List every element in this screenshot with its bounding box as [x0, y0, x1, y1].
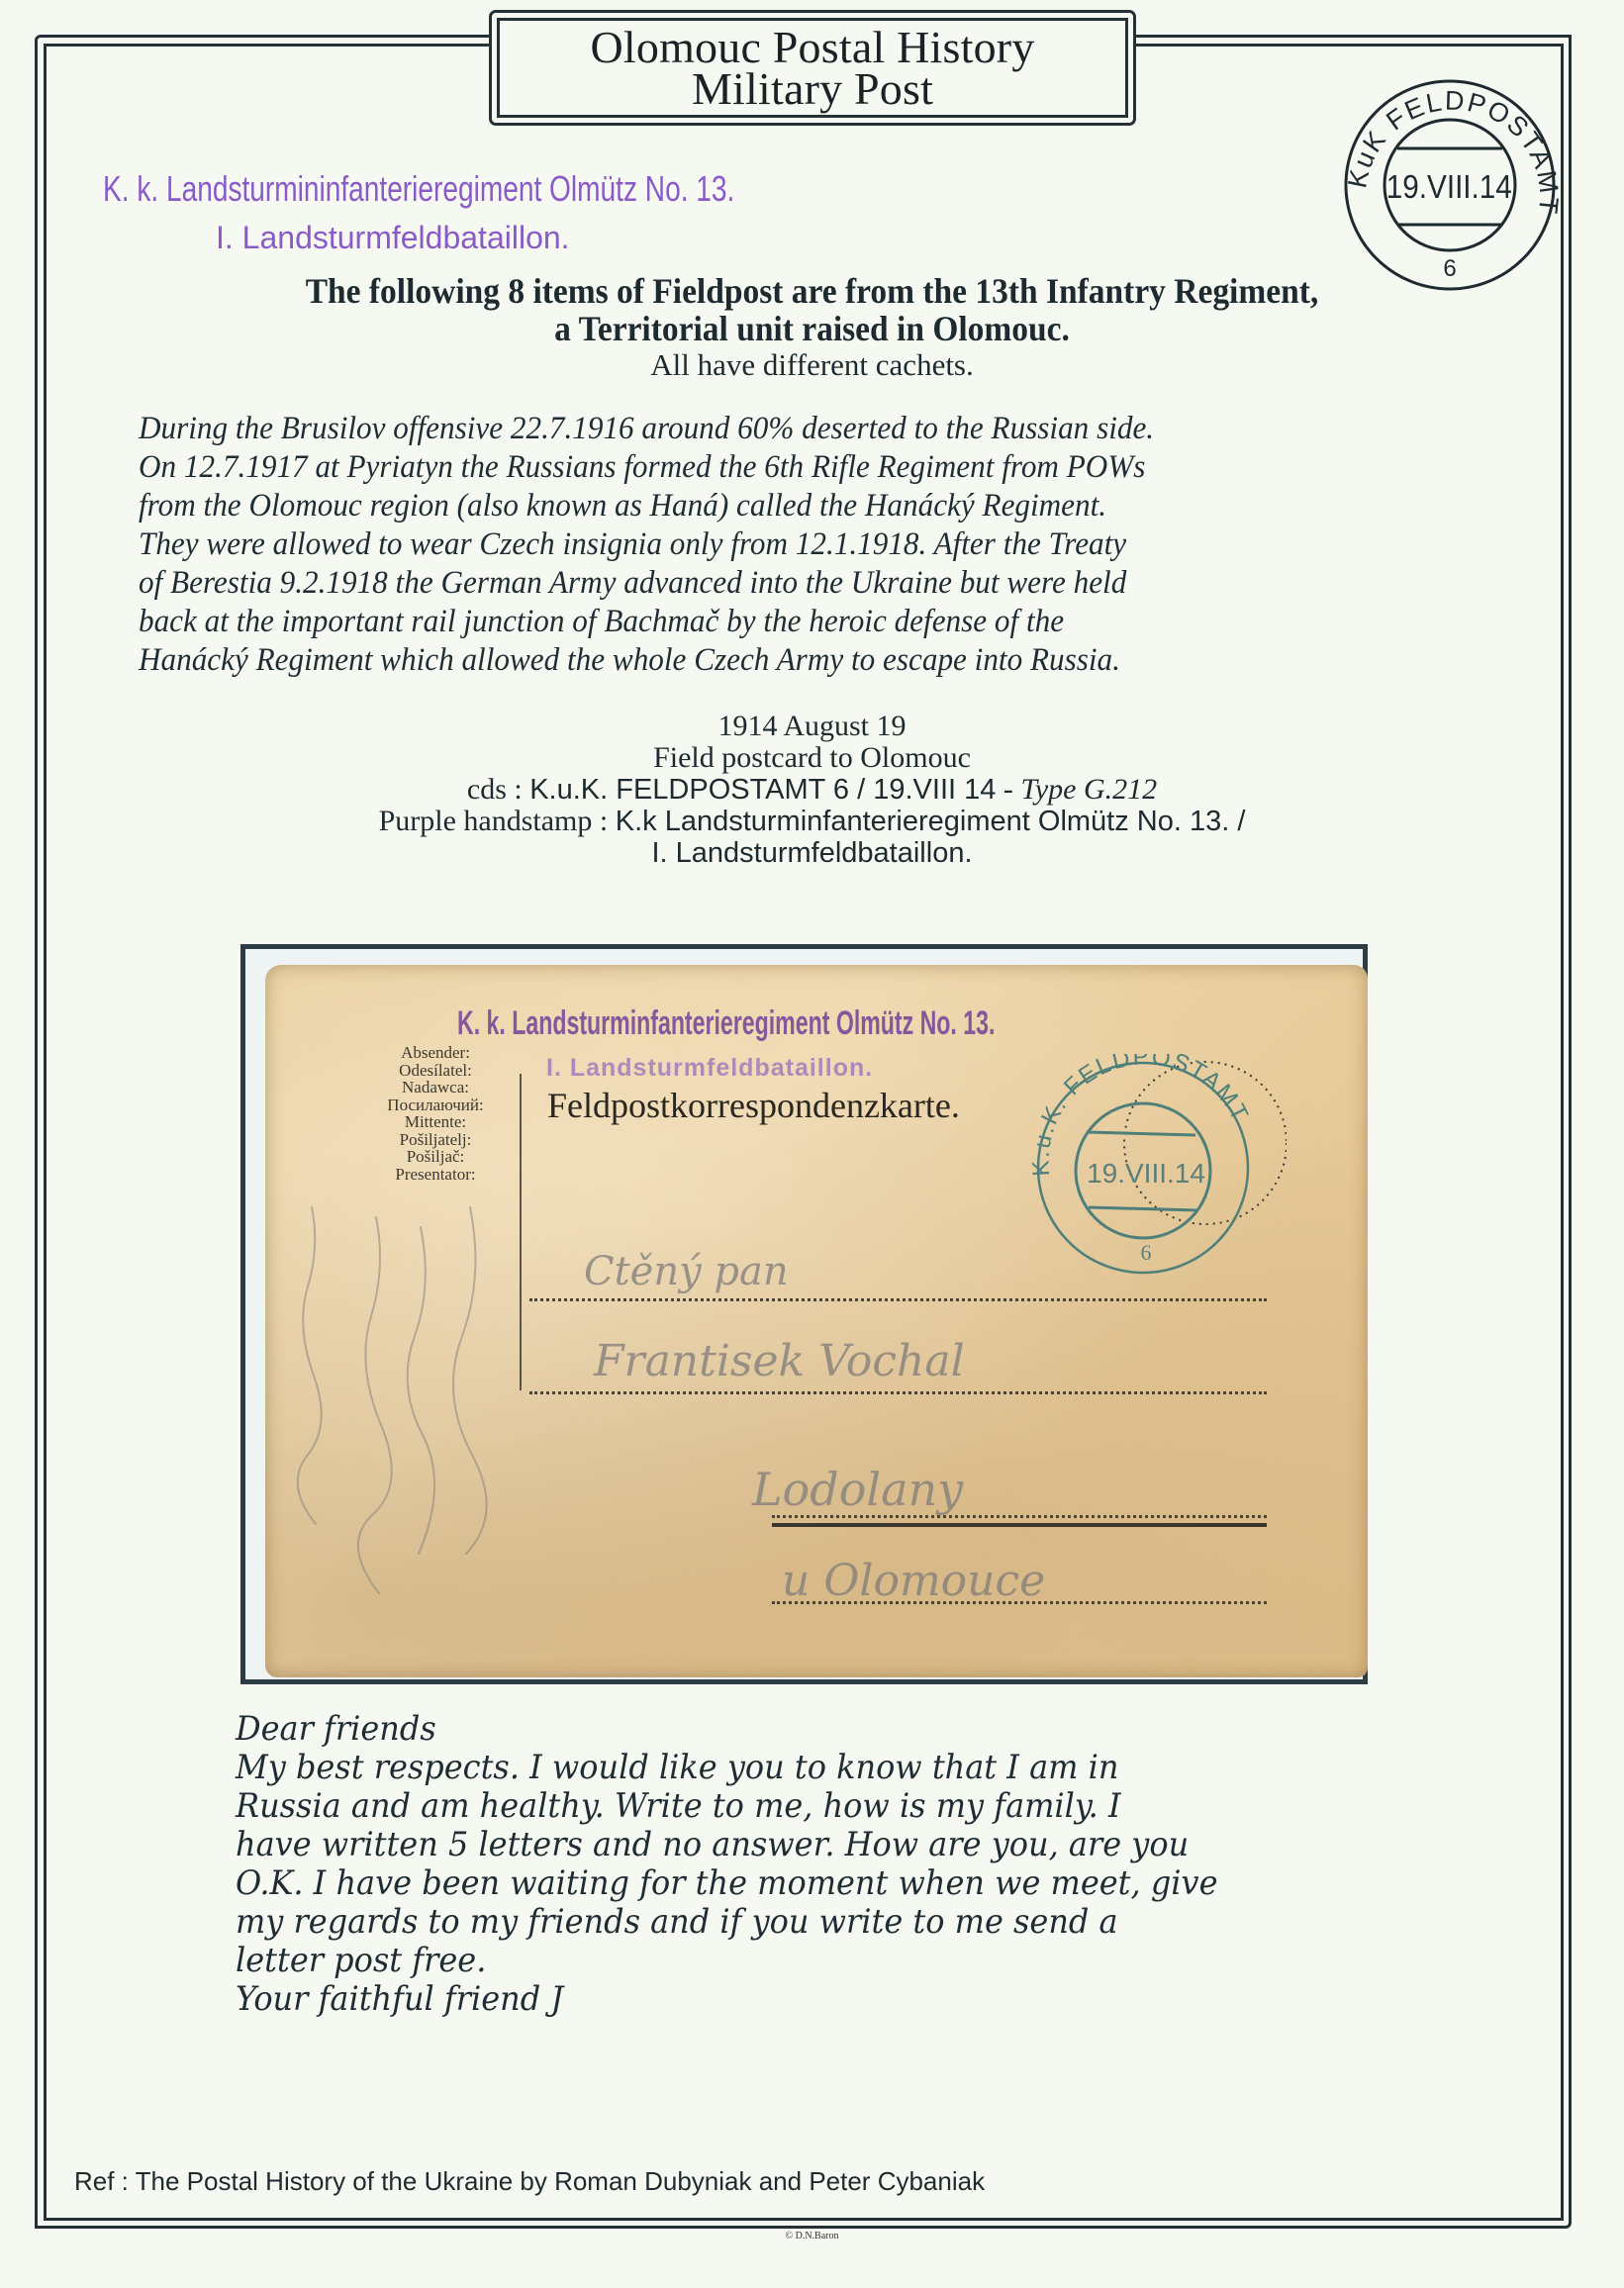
page-title: Olomouc Postal History: [590, 27, 1034, 68]
svg-text:19.VIII.14: 19.VIII.14: [1087, 1158, 1205, 1189]
pencil-scribble-icon: [282, 1188, 520, 1663]
svg-text:6: 6: [1141, 1240, 1152, 1265]
item-type: Field postcard to Olomouc: [0, 742, 1624, 774]
item-description: 1914 August 19 Field postcard to Olomouc…: [0, 711, 1624, 869]
title-box: Olomouc Postal History Military Post: [489, 10, 1136, 126]
item-handstamp: Purple handstamp : K.k Landsturminfanter…: [0, 806, 1624, 837]
reference-note: Ref : The Postal History of the Ukraine …: [74, 2166, 985, 2197]
cachet-line-1: K. k. Landsturmininfanterieregiment Olmü…: [103, 168, 734, 210]
item-date: 1914 August 19: [0, 711, 1624, 742]
address-handwriting-1: Ctěný pan: [584, 1249, 789, 1294]
postcard-divider: [520, 1074, 522, 1390]
history-paragraph: During the Brusilov offensive 22.7.1916 …: [139, 410, 1445, 680]
address-handwriting-2: Frantisek Vochal: [594, 1336, 965, 1386]
intro-heading-2: a Territorial unit raised in Olomouc.: [0, 311, 1624, 346]
postcard-title: Feldpostkorrespondenzkarte.: [547, 1085, 960, 1126]
postcard-postmark-icon: K.u.K. FELDPOSTAMT 19.VIII.14 6: [1029, 1054, 1287, 1282]
item-cds: cds : K.u.K. FELDPOSTAMT 6 / 19.VIII 14 …: [0, 774, 1624, 806]
page-subtitle: Military Post: [692, 68, 933, 110]
item-handstamp-2: I. Landsturmfeldbataillon.: [0, 837, 1624, 869]
postcard-sender-labels: Absender: Odesílatel: Nadawca: Посилаючи…: [336, 1044, 534, 1183]
address-line-2: [529, 1391, 1267, 1394]
postcard-cachet-line-2: I. Landsturmfeldbataillon.: [546, 1054, 873, 1083]
intro-heading-1: The following 8 items of Fieldpost are f…: [0, 273, 1624, 309]
address-line-1: [529, 1298, 1267, 1301]
address-handwriting-3: Lodolany: [752, 1463, 963, 1516]
postmark-stamp-icon: KuK FELDPOSTAMT 19.VIII.14 6: [1336, 71, 1564, 299]
svg-text:19.VIII.14: 19.VIII.14: [1386, 169, 1512, 206]
intro-note: All have different cachets.: [0, 348, 1624, 382]
copyright: © D.N.Baron: [0, 2231, 1624, 2241]
address-handwriting-4: u Olomouce: [782, 1556, 1045, 1606]
letter-translation: Dear friends My best respects. I would l…: [236, 1710, 1281, 2019]
postcard-cachet-line-1: K. k. Landsturminfanterieregiment Olmütz…: [457, 1004, 995, 1043]
cachet-line-2: I. Landsturmfeldbataillon.: [216, 220, 570, 256]
address-line-3-underline: [772, 1523, 1267, 1527]
